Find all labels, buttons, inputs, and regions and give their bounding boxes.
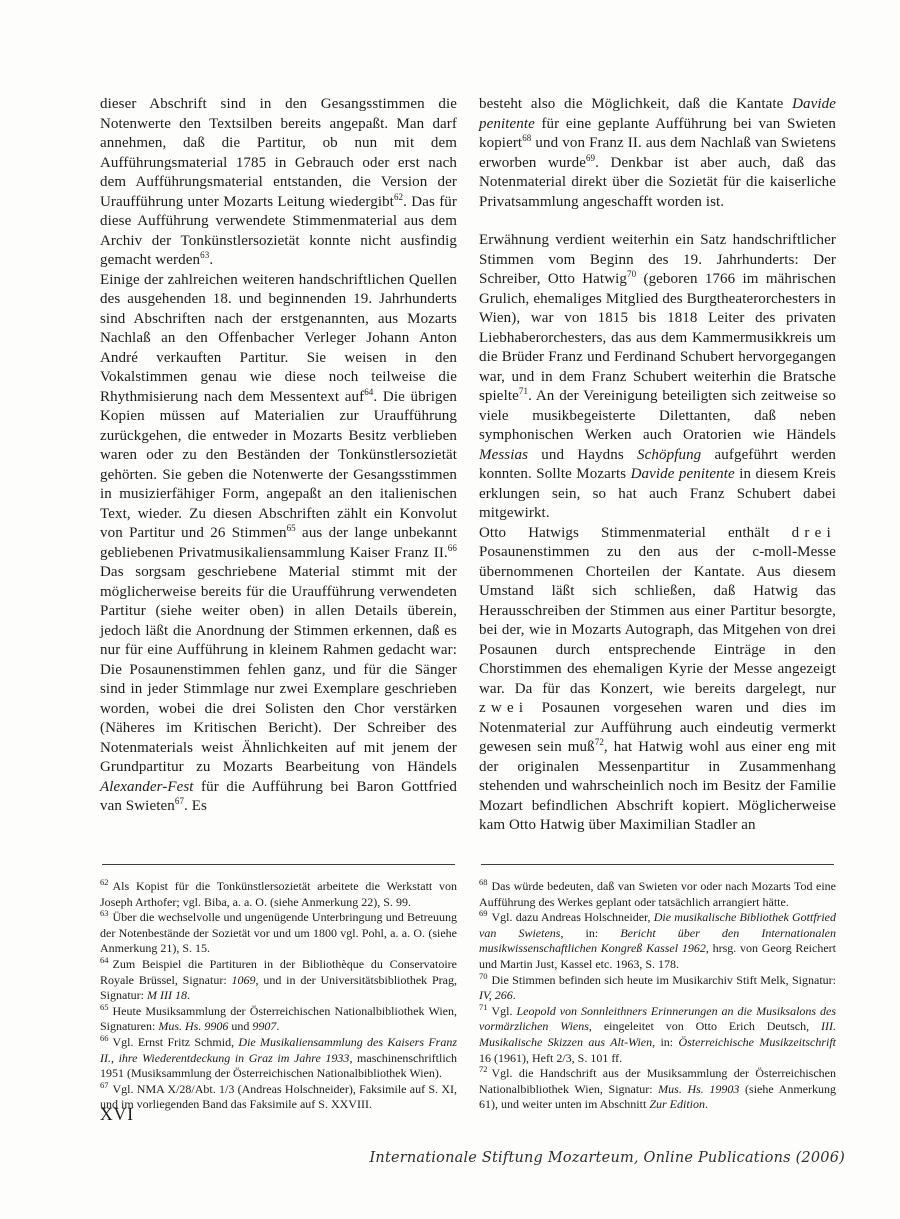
- footnote-text: Vgl. Leopold von Sonnleithners Erinnerun…: [479, 1004, 836, 1065]
- footnote: 64Zum Beispiel die Partituren in der Bib…: [100, 957, 457, 1004]
- footnote-number: 69: [479, 908, 488, 918]
- column-spacer: [100, 817, 457, 865]
- body-paragraph: Einige der zahlreichen weiteren handschr…: [100, 271, 457, 817]
- body-paragraph: besteht also die Möglichkeit, daß die Ka…: [479, 95, 836, 212]
- footnote-text: Vgl. dazu Andreas Holschneider, Die musi…: [479, 910, 836, 971]
- footnote: 68Das würde bedeuten, daß van Swieten vo…: [479, 879, 836, 910]
- footnote: 65Heute Musiksammlung der Österreichisch…: [100, 1004, 457, 1035]
- footnote-text: Heute Musiksammlung der Österreichischen…: [100, 1004, 457, 1034]
- two-column-text: dieser Abschrift sind in den Gesangsstim…: [100, 95, 836, 1113]
- left-column-body: dieser Abschrift sind in den Gesangsstim…: [100, 95, 457, 817]
- footnote-text: Vgl. die Handschrift aus der Musiksammlu…: [479, 1066, 836, 1111]
- body-paragraph: dieser Abschrift sind in den Gesangsstim…: [100, 95, 457, 271]
- publication-footer: Internationale Stiftung Mozarteum, Onlin…: [369, 1150, 845, 1166]
- footnote-number: 72: [479, 1064, 488, 1074]
- footnote-text: Vgl. NMA X/28/Abt. 1/3 (Andreas Holschne…: [100, 1082, 457, 1112]
- footnote-number: 70: [479, 971, 488, 981]
- footnote-separator: [102, 864, 455, 865]
- footnote-number: 64: [100, 955, 109, 965]
- footnote-separator: [481, 864, 834, 865]
- footnote-number: 66: [100, 1033, 109, 1043]
- footnote: 69Vgl. dazu Andreas Holschneider, Die mu…: [479, 910, 836, 972]
- footnote-number: 67: [100, 1080, 109, 1090]
- footnote-number: 65: [100, 1002, 109, 1012]
- footnote: 62Als Kopist für die Tonkünstlersozietät…: [100, 879, 457, 910]
- footnote: 66Vgl. Ernst Fritz Schmid, Die Musikalie…: [100, 1035, 457, 1082]
- footnote-text: Vgl. Ernst Fritz Schmid, Die Musikaliens…: [100, 1035, 457, 1080]
- footnote-number: 68: [479, 877, 488, 887]
- column-spacer: [479, 836, 836, 865]
- footnote-text: Als Kopist für die Tonkünstlersozietät a…: [100, 879, 457, 909]
- footnote-text: Zum Beispiel die Partituren in der Bibli…: [100, 957, 457, 1002]
- footnote: 71Vgl. Leopold von Sonnleithners Erinner…: [479, 1004, 836, 1066]
- footnote-number: 62: [100, 877, 109, 887]
- footnote: 72Vgl. die Handschrift aus der Musiksamm…: [479, 1066, 836, 1113]
- right-footnotes: 68Das würde bedeuten, daß van Swieten vo…: [479, 879, 836, 1113]
- left-column: dieser Abschrift sind in den Gesangsstim…: [100, 95, 457, 1113]
- footnote: 67Vgl. NMA X/28/Abt. 1/3 (Andreas Holsch…: [100, 1082, 457, 1113]
- footnote-text: Über die wechselvolle und ungenügende Un…: [100, 910, 457, 955]
- scanned-book-page: dieser Abschrift sind in den Gesangsstim…: [0, 0, 900, 1219]
- body-paragraph: Erwähnung verdient weiterhin ein Satz ha…: [479, 231, 836, 524]
- footnote-number: 71: [479, 1002, 488, 1012]
- right-column-body: besteht also die Möglichkeit, daß die Ka…: [479, 95, 836, 836]
- body-paragraph: Otto Hatwigs Stimmenmaterial enthält dre…: [479, 524, 836, 836]
- footnote: 70Die Stimmen befinden sich heute im Mus…: [479, 973, 836, 1004]
- right-column: besteht also die Möglichkeit, daß die Ka…: [479, 95, 836, 1113]
- footnote: 63Über die wechselvolle und ungenügende …: [100, 910, 457, 957]
- left-footnotes: 62Als Kopist für die Tonkünstlersozietät…: [100, 879, 457, 1113]
- footnote-text: Die Stimmen befinden sich heute im Musik…: [479, 973, 836, 1003]
- footnote-text: Das würde bedeuten, daß van Swieten vor …: [479, 879, 836, 909]
- footnote-number: 63: [100, 908, 109, 918]
- page-number: XVI: [100, 1104, 134, 1125]
